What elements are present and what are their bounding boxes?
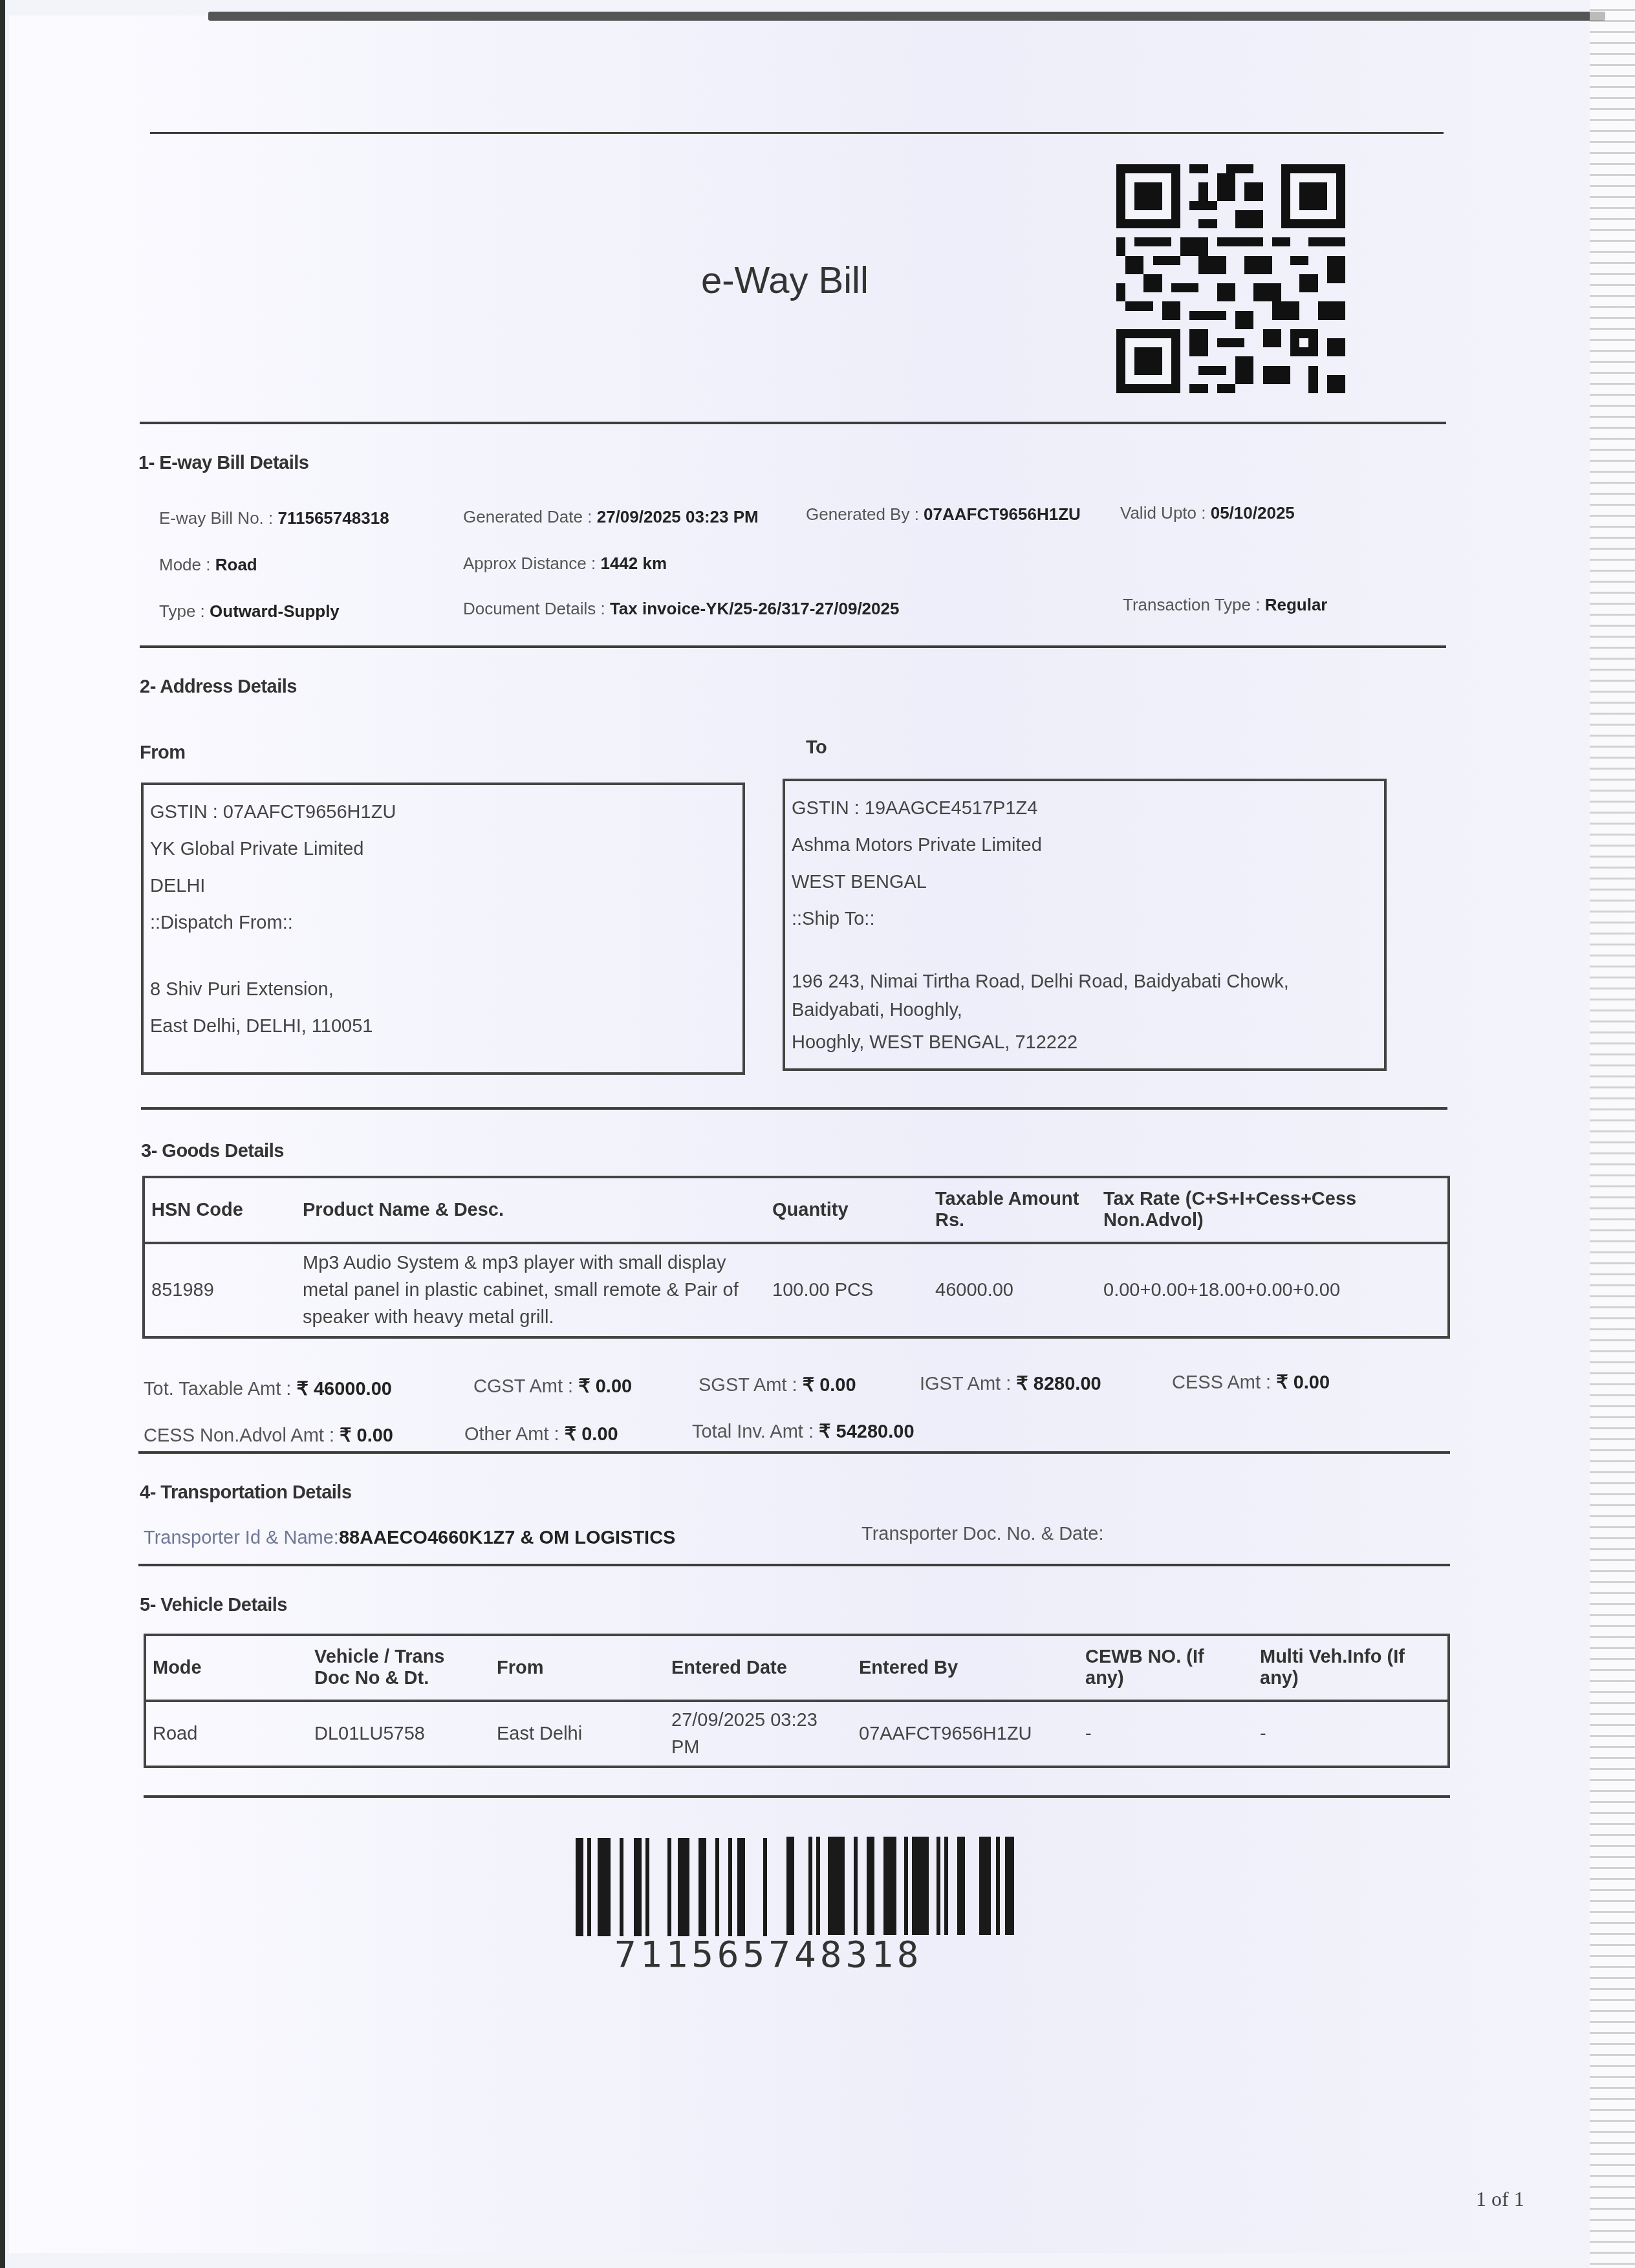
tax-rate: 0.00+0.00+18.00+0.00+0.00 (1097, 1243, 1449, 1337)
vehicle-from: East Delhi (490, 1701, 665, 1767)
total-invoice-amount: ₹ 54280.00 (819, 1421, 914, 1442)
taxable-amount: 46000.00 (929, 1243, 1097, 1337)
transaction-type: Regular (1265, 595, 1328, 614)
section-heading-vehicle-details: 5- Vehicle Details (140, 1595, 287, 1616)
divider (140, 645, 1446, 648)
type-field: Type : Outward-Supply (159, 601, 340, 621)
scan-edge (0, 0, 5, 2268)
section-heading-address-details: 2- Address Details (140, 676, 297, 698)
col-entered-by: Entered By (852, 1635, 1079, 1701)
to-address-box: GSTIN : 19AAGCE4517P1Z4 Ashma Motors Pri… (783, 779, 1387, 1071)
scan-perforation (1590, 0, 1635, 2268)
valid-upto-field: Valid Upto : 05/10/2025 (1120, 503, 1295, 523)
generated-by: 07AAFCT9656H1ZU (924, 504, 1081, 524)
ship-to-label: ::Ship To:: (792, 901, 1378, 938)
goods-table: HSN Code Product Name & Desc. Quantity T… (142, 1176, 1450, 1339)
cess-non-advol-amount-field: CESS Non.Advol Amt : ₹ 0.00 (144, 1424, 393, 1447)
other-amount-field: Other Amt : ₹ 0.00 (464, 1423, 618, 1445)
col-hsn-code: HSN Code (144, 1177, 296, 1243)
cess-non-advol-amount: ₹ 0.00 (340, 1425, 393, 1446)
divider (141, 1107, 1447, 1110)
col-tax-rate: Tax Rate (C+S+I+Cess+Cess Non.Advol) (1097, 1177, 1449, 1243)
mode: Road (215, 555, 257, 574)
product-description: Mp3 Audio System & mp3 player with small… (296, 1243, 766, 1337)
multi-veh-info: - (1253, 1701, 1449, 1767)
eway-bill-no-field: E-way Bill No. : 711565748318 (159, 508, 389, 528)
approx-distance-field: Approx Distance : 1442 km (463, 554, 667, 574)
section-heading-eway-bill-details: 1- E-way Bill Details (138, 453, 309, 474)
entered-date: 27/09/2025 03:23 PM (665, 1701, 852, 1767)
to-address-line2: Baidyabati, Hooghly, (792, 996, 1378, 1024)
document-details-field: Document Details : Tax invoice-YK/25-26/… (463, 599, 899, 619)
quantity: 100.00 PCS (766, 1243, 929, 1337)
vehicle-row: Road DL01LU5758 East Delhi 27/09/2025 03… (145, 1701, 1449, 1767)
from-address-box: GSTIN : 07AAFCT9656H1ZU YK Global Privat… (141, 783, 745, 1075)
divider (140, 422, 1446, 424)
divider (150, 132, 1444, 134)
col-from: From (490, 1635, 665, 1701)
page-indicator: 1 of 1 (1476, 2187, 1524, 2211)
total-invoice-amount-field: Total Inv. Amt : ₹ 54280.00 (692, 1420, 915, 1443)
col-mode: Mode (145, 1635, 308, 1701)
section-heading-transportation-details: 4- Transportation Details (140, 1482, 352, 1504)
vehicle-mode: Road (145, 1701, 308, 1767)
to-name: Ashma Motors Private Limited (792, 827, 1378, 864)
cgst-amount-field: CGST Amt : ₹ 0.00 (473, 1375, 632, 1398)
sgst-amount-field: SGST Amt : ₹ 0.00 (698, 1374, 856, 1396)
col-vehicle-trans-doc: Vehicle / Trans Doc No & Dt. (308, 1635, 490, 1701)
supply-type: Outward-Supply (210, 601, 340, 621)
transporter-field: Transporter Id & Name:88AAECO4660K1Z7 & … (144, 1528, 675, 1549)
eway-bill-no: 711565748318 (278, 508, 389, 528)
divider (138, 1451, 1450, 1454)
document-title: e-Way Bill (701, 259, 869, 302)
approx-distance: 1442 km (600, 554, 667, 573)
to-address-line1: 196 243, Nimai Tirtha Road, Delhi Road, … (792, 967, 1378, 996)
other-amount: ₹ 0.00 (565, 1424, 618, 1445)
col-product-name: Product Name & Desc. (296, 1177, 766, 1243)
col-quantity: Quantity (766, 1177, 929, 1243)
transporter-id-name: 88AAECO4660K1Z7 & OM LOGISTICS (339, 1528, 676, 1548)
valid-upto: 05/10/2025 (1211, 503, 1295, 523)
generated-by-field: Generated By : 07AAFCT9656H1ZU (806, 504, 1081, 524)
cess-amount: ₹ 0.00 (1276, 1372, 1330, 1393)
col-entered-date: Entered Date (665, 1635, 852, 1701)
document-details: Tax invoice-YK/25-26/317-27/09/2025 (610, 599, 900, 618)
from-label: From (140, 742, 186, 764)
entered-by: 07AAFCT9656H1ZU (852, 1701, 1079, 1767)
hsn-code: 851989 (144, 1243, 296, 1337)
cewb-no: - (1079, 1701, 1253, 1767)
mode-field: Mode : Road (159, 555, 257, 575)
vehicle-number: DL01LU5758 (308, 1701, 490, 1767)
barcode-number: 711565748318 (614, 1934, 923, 1976)
qr-code-icon (1116, 164, 1345, 393)
from-name: YK Global Private Limited (150, 831, 736, 868)
from-address-line1: 8 Shiv Puri Extension, (150, 971, 736, 1008)
sgst-amount: ₹ 0.00 (803, 1375, 856, 1396)
goods-header-row: HSN Code Product Name & Desc. Quantity T… (144, 1177, 1449, 1243)
igst-amount: ₹ 8280.00 (1016, 1374, 1101, 1394)
igst-amount-field: IGST Amt : ₹ 8280.00 (920, 1372, 1101, 1395)
to-state: WEST BENGAL (792, 864, 1378, 901)
cess-amount-field: CESS Amt : ₹ 0.00 (1172, 1371, 1330, 1394)
col-cewb-no: CEWB NO. (If any) (1079, 1635, 1253, 1701)
section-heading-goods-details: 3- Goods Details (141, 1141, 284, 1162)
scan-top-edge (208, 12, 1605, 21)
transaction-type-field: Transaction Type : Regular (1123, 595, 1327, 615)
from-gstin: GSTIN : 07AAFCT9656H1ZU (150, 794, 736, 831)
to-label: To (806, 737, 827, 759)
from-state: DELHI (150, 868, 736, 905)
divider (138, 1564, 1450, 1566)
vehicle-table: Mode Vehicle / Trans Doc No & Dt. From E… (144, 1634, 1450, 1768)
from-address-line2: East Delhi, DELHI, 110051 (150, 1008, 736, 1045)
col-taxable-amount: Taxable Amount Rs. (929, 1177, 1097, 1243)
total-taxable-amount-field: Tot. Taxable Amt : ₹ 46000.00 (144, 1377, 392, 1400)
goods-row: 851989 Mp3 Audio System & mp3 player wit… (144, 1243, 1449, 1337)
vehicle-header-row: Mode Vehicle / Trans Doc No & Dt. From E… (145, 1635, 1449, 1701)
generated-date: 27/09/2025 03:23 PM (597, 507, 759, 526)
barcode-icon (576, 1835, 1022, 1938)
transporter-doc-field: Transporter Doc. No. & Date: (861, 1524, 1103, 1545)
dispatch-from-label: ::Dispatch From:: (150, 905, 736, 942)
cgst-amount: ₹ 0.00 (578, 1376, 632, 1397)
divider (144, 1795, 1450, 1798)
to-gstin: GSTIN : 19AAGCE4517P1Z4 (792, 790, 1378, 827)
total-taxable-amount: ₹ 46000.00 (296, 1379, 391, 1399)
to-address-line3: Hooghly, WEST BENGAL, 712222 (792, 1024, 1378, 1061)
col-multi-veh-info: Multi Veh.Info (If any) (1253, 1635, 1449, 1701)
generated-date-field: Generated Date : 27/09/2025 03:23 PM (463, 507, 759, 527)
